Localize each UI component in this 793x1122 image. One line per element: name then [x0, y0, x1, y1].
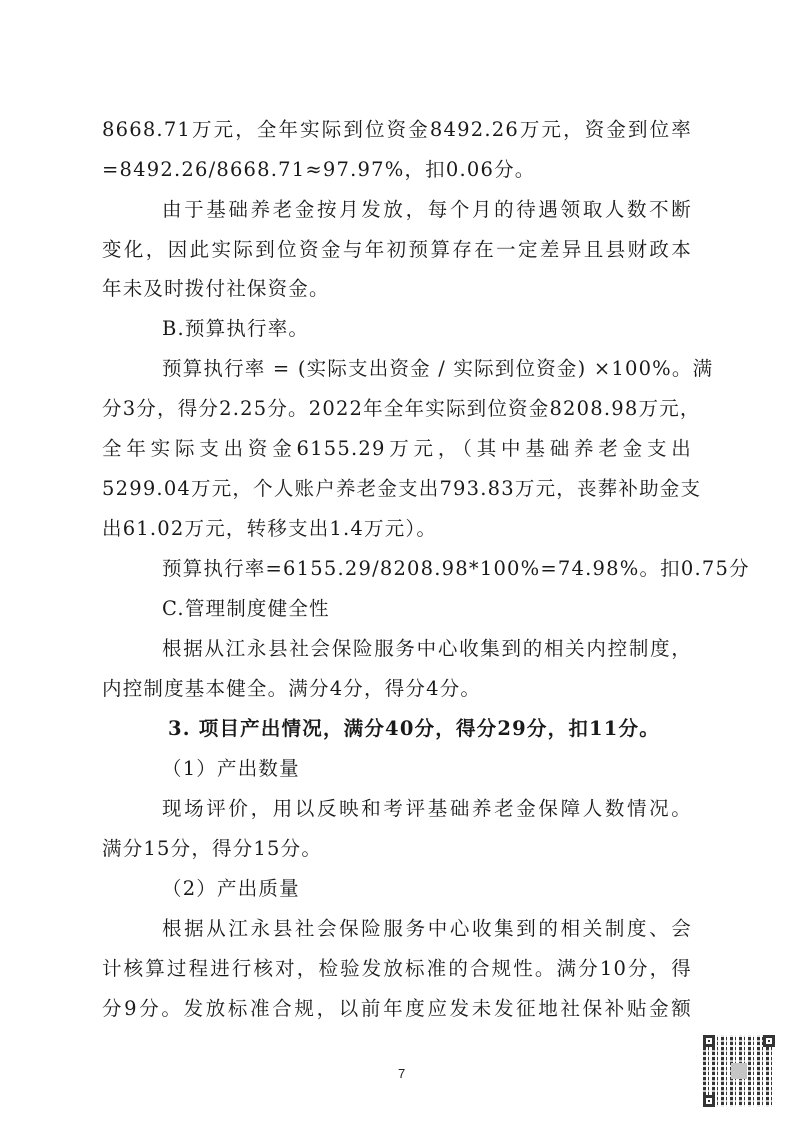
text-line: 预算执行率 = (实际支出资金 / 实际到位资金) ×100%。满 — [162, 357, 692, 381]
qr-logo-icon — [731, 1063, 747, 1079]
text-line: 分3分，得分2.25分。2022年全年实际到位资金8208.98万元， — [102, 397, 692, 421]
text-line: 现场评价，用以反映和考评基础养老金保障人数情况。 — [162, 797, 692, 821]
qr-finder-icon — [703, 1095, 715, 1107]
text-line: 内控制度基本健全。满分4分，得分4分。 — [102, 677, 692, 701]
text-line: 由于基础养老金按月发放，每个月的待遇领取人数不断 — [162, 198, 692, 222]
section-heading-3: 3. 项目产出情况，满分40分，得分29分，扣11分。 — [168, 717, 698, 741]
text-line: 根据从江永县社会保险服务中心收集到的相关制度、会 — [162, 917, 692, 941]
text-line: 全年实际支出资金6155.29万元，（其中基础养老金支出 — [102, 437, 692, 461]
text-line: 年未及时拨付社保资金。 — [102, 277, 692, 301]
qr-finder-icon — [763, 1035, 775, 1047]
text-line: 满分15分，得分15分。 — [102, 837, 692, 861]
qr-code-icon — [703, 1035, 775, 1107]
page-number: 7 — [398, 1066, 405, 1081]
text-line: 变化，因此实际到位资金与年初预算存在一定差异且县财政本 — [102, 238, 692, 262]
text-line: 根据从江永县社会保险服务中心收集到的相关内控制度， — [162, 637, 692, 661]
subsection-heading-1: （1）产出数量 — [162, 757, 692, 781]
document-page: 8668.71万元，全年实际到位资金8492.26万元，资金到位率 =8492.… — [0, 0, 793, 1122]
text-line: 预算执行率=6155.29/8208.98*100%=74.98%。扣0.75分 — [162, 557, 692, 581]
text-line: 出61.02万元，转移支出1.4万元）。 — [102, 517, 692, 541]
text-line: 分9分。发放标准合规，以前年度应发未发征地社保补贴金额 — [102, 997, 692, 1021]
section-heading-c: C.管理制度健全性 — [162, 597, 692, 621]
text-line: 5299.04万元，个人账户养老金支出793.83万元，丧葬补助金支 — [102, 477, 692, 501]
subsection-heading-2: （2）产出质量 — [162, 877, 692, 901]
text-line: 计核算过程进行核对，检验发放标准的合规性。满分10分，得 — [102, 957, 692, 981]
section-heading-b: B.预算执行率。 — [162, 317, 692, 341]
qr-finder-icon — [703, 1035, 715, 1047]
text-line: =8492.26/8668.71≈97.97%，扣0.06分。 — [102, 158, 692, 182]
text-line: 8668.71万元，全年实际到位资金8492.26万元，资金到位率 — [102, 118, 692, 142]
